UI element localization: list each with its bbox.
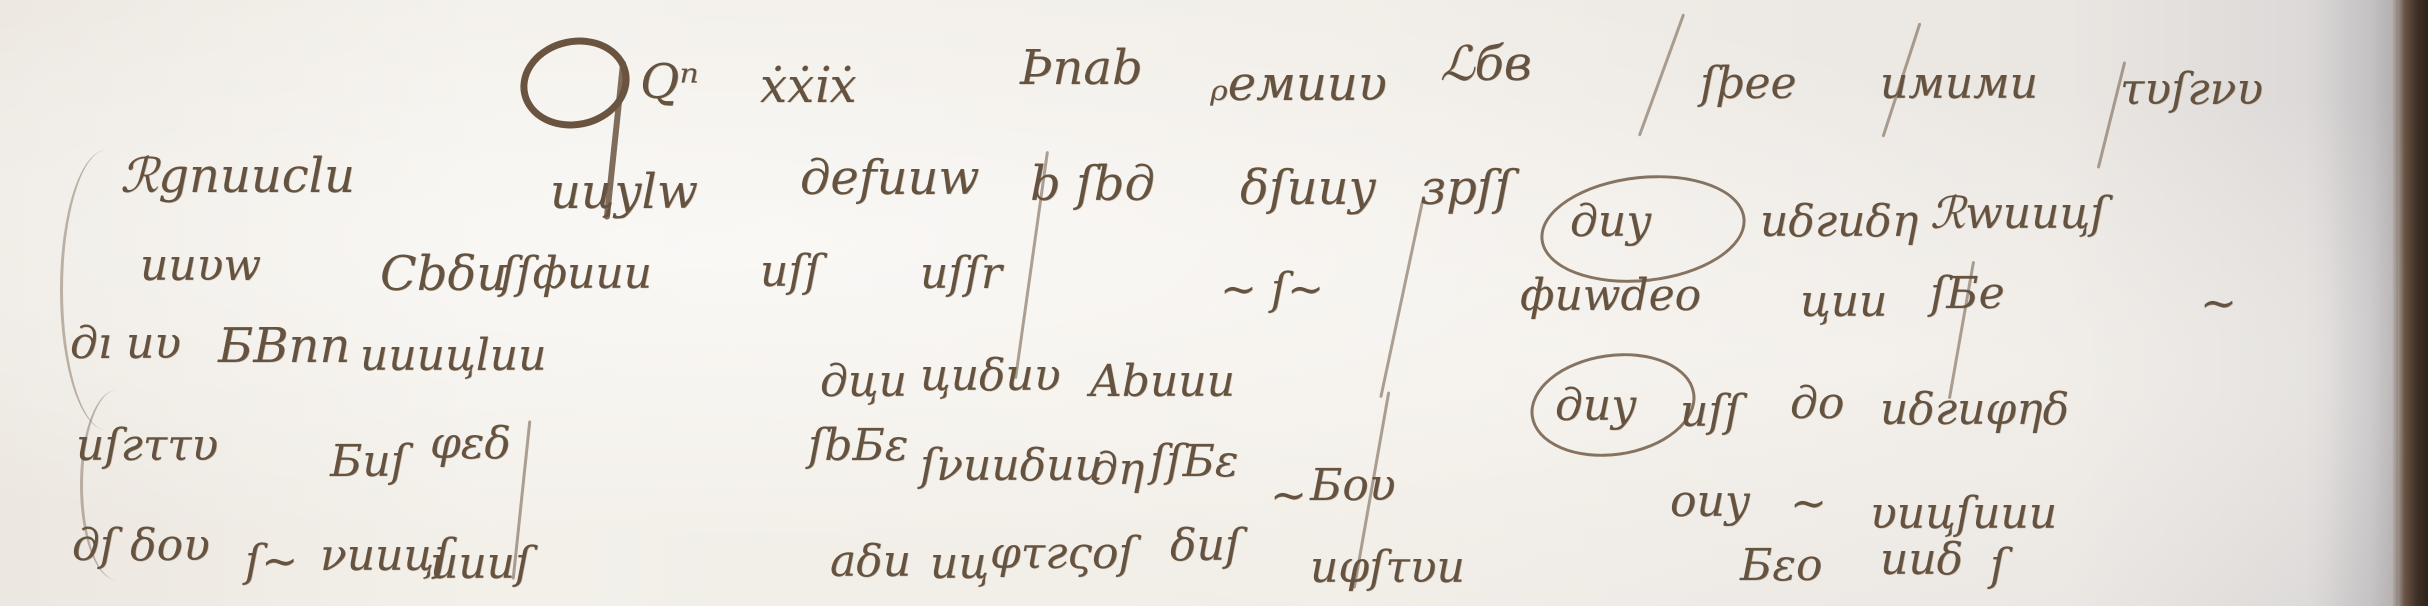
word: дο [1790,378,1844,429]
word: циδиυ [920,350,1061,401]
word: иφſτυи [1310,542,1465,593]
word: дци [820,356,907,407]
word: ~ [2200,278,2237,329]
word: иδгиδη [1760,196,1918,247]
word: ℒбв [1440,36,1532,92]
word: иſſr [920,248,1002,299]
word: ſþее [1700,58,1797,109]
word: Биſ [330,436,407,487]
ascender-stroke [1638,13,1685,136]
word: ſſфиии [500,248,652,299]
word: δиſ [1170,520,1241,571]
word: ſ~ [245,536,298,587]
word: диy [1555,380,1636,431]
word: b ſbд [1030,156,1155,212]
word: ицylw [550,164,698,220]
word: деfииw [800,150,980,206]
word: ſνииδии [920,440,1103,491]
word: Abиии [1090,356,1235,407]
word: φτгςοſ [990,528,1135,579]
word: иииſ [430,538,531,589]
word: ииицlии [360,330,546,381]
word: ℛwиицſ [1930,188,2106,239]
word: иſгττυ [76,420,218,471]
word: Þnab [1020,40,1143,96]
word: ſ [1990,540,2006,591]
word: δſииy [1240,160,1376,216]
manuscript-page: Qⁿ ẋẋı̇ẋ Þnab ᵨемииυ ℒбв ſþее имими τυſг… [0,0,2428,606]
word: иδгиφηδ [1880,384,2069,435]
word: ℛgnииclи [120,148,355,204]
word: τυſгνυ [2120,64,2263,115]
word: зрſſ [1420,160,1512,216]
word: фиwdеο [1520,270,1701,321]
word: ſБе [1930,268,2005,319]
word: ~ [1790,478,1827,529]
page-edge-binding [2392,0,2428,606]
word: ẋẋı̇ẋ [760,58,857,114]
word: ᵨемииυ [1210,56,1387,112]
word: φεδ [430,418,511,469]
word: иſſ [1680,386,1741,437]
word: Бου [1310,460,1396,511]
word: ſbБε [808,420,908,471]
word: аδи [830,536,911,587]
word: ~ ſ~ [1220,264,1324,315]
word: ции [1800,276,1887,327]
descender-stroke [1379,202,1424,398]
word: диy [1570,196,1651,247]
word: дη [1090,444,1144,495]
word: ииδ [1880,534,1963,585]
word: Cbδи [380,246,507,302]
word: имими [1880,58,2038,109]
word: дı иυ [70,318,181,369]
word: υицſиии [1870,488,2057,539]
word: иц [930,538,989,589]
word: ииυw [140,240,261,291]
word: οиy [1670,476,1750,527]
word: ~ [1270,470,1307,521]
word: Qⁿ [640,54,699,110]
word: БBnn [218,318,350,374]
word: Бεο [1740,540,1822,591]
word: дſ δου [72,520,210,571]
word: иſſ [760,246,821,297]
page-edge-shadow [2328,0,2398,606]
word: ſſБε [1150,436,1239,487]
